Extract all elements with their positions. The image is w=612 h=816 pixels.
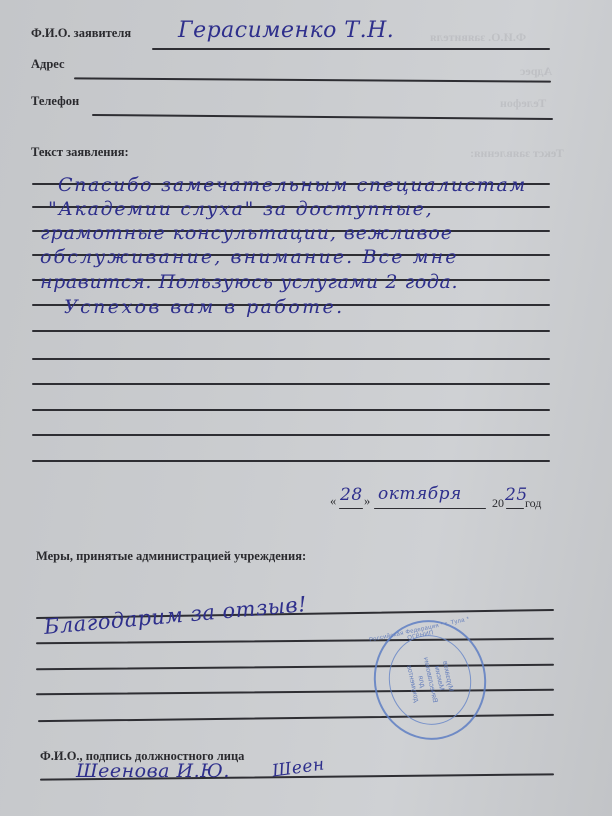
- measures-line: [36, 638, 554, 644]
- date-month[interactable]: октября: [378, 484, 462, 504]
- measures-label: Меры, принятые администрацией учреждения…: [36, 549, 306, 564]
- statement-line: [32, 330, 550, 332]
- applicant-name-label: Ф.И.О. заявителя: [31, 26, 131, 41]
- official-signature[interactable]: Шеен: [271, 754, 326, 781]
- date-year-prefix: 20: [492, 496, 504, 511]
- date-month-line: [374, 508, 486, 509]
- phone-label: Телефон: [31, 94, 79, 109]
- statement-text-line-3[interactable]: грамотные консультации, вежливое: [40, 222, 453, 244]
- measures-text-line-1[interactable]: Благодарим за отзыв!: [43, 592, 308, 639]
- statement-line: [32, 383, 550, 385]
- applicant-name-line: [152, 48, 550, 50]
- show-through-text: Ф.И.О. заявителя: [430, 30, 526, 45]
- statement-text-line-1[interactable]: Спасибо замечательным специалистам: [58, 174, 527, 196]
- official-stamp: Российская Федерация * г. Тула * ОГРНИП …: [363, 610, 498, 751]
- date-close-quote: »: [364, 494, 370, 509]
- show-through-text: Телефон: [500, 96, 546, 111]
- phone-line[interactable]: [92, 114, 553, 120]
- statement-line: [32, 434, 550, 436]
- statement-text-line-4[interactable]: обслуживание, внимание. Все мне: [40, 246, 459, 268]
- date-day[interactable]: 28: [340, 485, 363, 505]
- address-line[interactable]: [74, 77, 551, 82]
- address-label: Адрес: [31, 57, 65, 72]
- show-through-text: Адрес: [520, 64, 552, 79]
- statement-text-line-5[interactable]: нравится. Пользуюсь услугами 2 года.: [40, 271, 458, 293]
- stamp-center-text: Мурзаков Максим Вячеславович для докумен…: [403, 653, 457, 708]
- statement-line: [32, 409, 550, 411]
- statement-line: [32, 358, 550, 360]
- date-year-word: год: [525, 496, 541, 511]
- date-open-quote: «: [330, 494, 336, 509]
- applicant-name-value[interactable]: Герасименко Т.Н.: [178, 18, 394, 43]
- date-day-line: [339, 508, 363, 509]
- official-name-value[interactable]: Шеенова И.Ю.: [76, 760, 230, 782]
- show-through-text: Текст заявления:: [470, 146, 564, 161]
- statement-text-line-2[interactable]: "Академии слуха" за доступные,: [48, 198, 433, 220]
- statement-line: [32, 460, 550, 462]
- date-year-line: [506, 508, 524, 509]
- statement-text-line-6[interactable]: Успехов вам в работе.: [64, 296, 345, 318]
- statement-label: Текст заявления:: [31, 145, 129, 160]
